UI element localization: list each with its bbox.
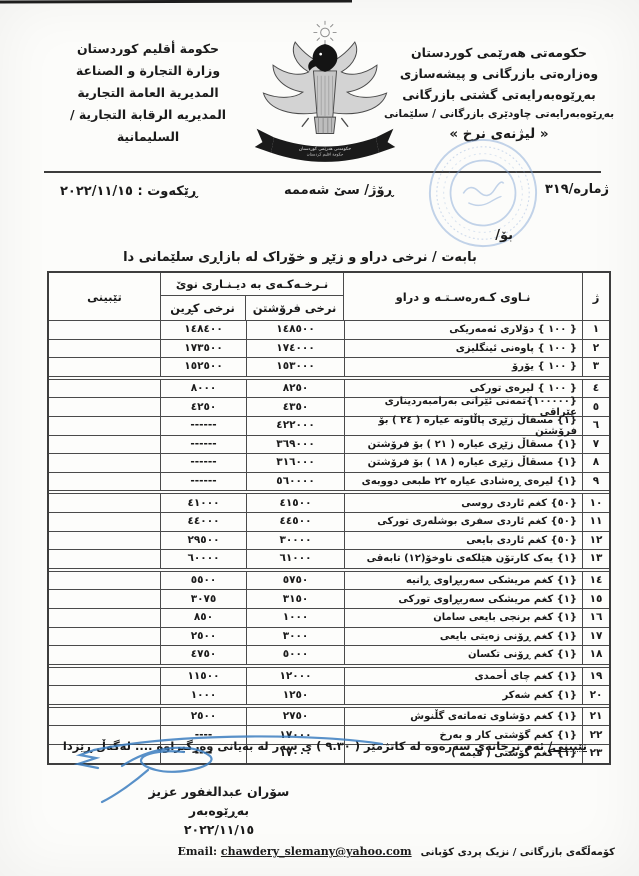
row-note: [49, 686, 161, 704]
table-row: ١٢ {٥٠} کغم ئاردی بایعی ٣٠٠٠٠ ٢٩٥٠٠: [49, 532, 609, 551]
item-name: {١} کغم ڕۆنی تکسان: [345, 646, 583, 664]
buy-price: ------: [161, 436, 247, 454]
header-kurdish-line1: حکومەتی هەرێمی کوردستان: [381, 42, 617, 63]
sell-price: ٨٢٥٠: [247, 380, 345, 398]
footer-address: کۆمەڵگەی بازرگانی / نزیک پردی کۆبانی: [421, 847, 615, 858]
row-number: ١٤: [583, 572, 609, 590]
table-header: ژ نـاوی کـەرەسـتـە و دراو نـرخـەکـەی بە …: [49, 273, 609, 321]
row-note: [49, 398, 161, 416]
table-row: ٢٠ {١} کغم شەکر ١٢٥٠ ١٠٠٠: [49, 686, 609, 705]
row-note: [49, 494, 161, 512]
item-name: {٥٠} کغم ئاردی سفری بوشلەری تورکی: [345, 513, 583, 531]
row-note: [49, 572, 161, 590]
footnote-label: تێبینی/: [548, 739, 587, 753]
emblem-ribbon-text-2: حكومة اقليم كردستان: [307, 152, 344, 157]
buy-price: ٢٩٥٠٠: [161, 532, 247, 550]
row-number: ٤: [583, 380, 609, 398]
row-number: ١٨: [583, 646, 609, 664]
sell-price: ٣٦٩٠٠٠: [247, 436, 345, 454]
row-note: [49, 454, 161, 472]
row-number: ٢: [583, 340, 609, 358]
table-row: ١٦ {١} کغم برنجی بایعی سامان ١٠٠٠ ٨٥٠: [49, 609, 609, 628]
document-day: ڕۆژ/ سێ شەممە: [284, 183, 393, 198]
footer: کۆمەڵگەی بازرگانی / نزیک پردی کۆبانی Ema…: [178, 845, 616, 858]
buy-price: ٤١٠٠٠: [161, 494, 247, 512]
row-note: [49, 646, 161, 664]
row-number: ١٣: [583, 550, 609, 568]
row-note: [49, 417, 161, 435]
sell-price: ٣٠٠٠: [247, 628, 345, 646]
row-number: ١: [583, 321, 609, 339]
sell-price: ٤١٥٠٠: [247, 494, 345, 512]
sell-price: ٤٢٢٠٠٠: [247, 417, 345, 435]
sell-price: ٣١٥٠: [247, 590, 345, 608]
row-note: [49, 358, 161, 376]
buy-price: ١٥٢٥٠٠: [161, 358, 247, 376]
signature-block: سۆران عبدالغفور عزیز بەڕێوەبەر ٢٠٢٢/١١/١…: [126, 782, 312, 839]
item-name: {١} کغم ڕۆنی زەیتی بایعی: [345, 628, 583, 646]
col-header-price-group: نـرخـەکـەی بە دیـنـاری نوێ نرخی فرۆشتن ن…: [161, 273, 344, 320]
row-number: ٩: [583, 473, 609, 491]
item-name: {١} مسقاڵ زێڕی عیارە ( ١٨ ) بۆ فرۆشتن: [345, 454, 583, 472]
table-row: ٢ { ١٠٠ } پاوەنی ئینگلیزی ١٧٤٠٠٠ ١٧٣٥٠٠: [49, 340, 609, 359]
row-note: [49, 609, 161, 627]
row-note: [49, 590, 161, 608]
item-name: {١} کغم مریشکی سەربڕاوی تورکی: [345, 590, 583, 608]
email-label: Email:: [178, 845, 218, 858]
row-number: ١١: [583, 513, 609, 531]
row-note: [49, 532, 161, 550]
document-date: ڕێکەوت : ٢٠٢٢/١١/١٥: [60, 184, 198, 199]
krg-eagle-emblem-icon: حكومەتی هەرێمی كوردستان حكومة اقليم كردس…: [252, 18, 398, 172]
item-name: {١} کغم چای أحمدی: [345, 668, 583, 686]
table-row: ١٩ {١} کغم چای أحمدی ١٢٠٠٠ ١١٥٠٠: [49, 667, 609, 687]
item-name: { ١٠٠ } دۆلاری ئەمەریکی: [345, 321, 583, 339]
row-number: ٢٠: [583, 686, 609, 704]
row-number: ٥: [583, 398, 609, 416]
buy-price: ٤٤٠٠٠: [161, 513, 247, 531]
col-header-sell-price: نرخی فرۆشتن: [246, 296, 343, 320]
sell-price: ١٥٣٠٠٠: [247, 358, 345, 376]
table-row: ١٠ {٥٠} کغم ئاردی روسی ٤١٥٠٠ ٤١٠٠٠: [49, 493, 609, 513]
item-name: { ١٠٠ } پاوەنی ئینگلیزی: [345, 340, 583, 358]
header-kurdish-line2: وەزارەتی بازرگانی و پیشەسازی: [381, 63, 617, 84]
item-name: { ١٠٠ } لیرەی تورکی: [345, 380, 583, 398]
sell-price: ٥٧٥٠: [247, 572, 345, 590]
buy-price: ٦٠٠٠٠: [161, 550, 247, 568]
footer-email: Email: chawdery_slemany@yahoo.com: [178, 845, 412, 858]
row-note: [49, 321, 161, 339]
sell-price: ٦١٠٠٠: [247, 550, 345, 568]
table-row: ٩ {١} لیرەی ڕەشادی عیارە ٢٢ طبعی دووبەی …: [49, 473, 609, 492]
sell-price: ٣٠٠٠٠: [247, 532, 345, 550]
row-number: ١٢: [583, 532, 609, 550]
item-name: {٥٠} کغم ئاردی روسی: [345, 494, 583, 512]
table-row: ١٥ {١} کغم مریشکی سەربڕاوی تورکی ٣١٥٠ ٣٠…: [49, 590, 609, 609]
buy-price: ١٤٨٤٠٠: [161, 321, 247, 339]
header-arabic-line1: حكومة أقليم كوردستان: [38, 38, 258, 60]
subject-line: بابەت / نرخی دراو و زێڕ و خۆراک لە بازاڕ…: [88, 250, 512, 265]
sell-price: ١٢٥٠: [247, 686, 345, 704]
sell-price: ٣١٦٠٠٠: [247, 454, 345, 472]
item-name: {١} یەک کارتۆن هێلکەی ناوخۆ(١٢) تابەقی: [345, 550, 583, 568]
header-arabic: حكومة أقليم كوردستان وزارة التجارة و الص…: [38, 38, 258, 148]
row-number: ٢١: [583, 708, 609, 726]
col-header-notes: تێبینی: [49, 273, 161, 320]
buy-price: ١١٥٠٠: [161, 668, 247, 686]
buy-price: ١٠٠٠: [161, 686, 247, 704]
price-table: ژ نـاوی کـەرەسـتـە و دراو نـرخـەکـەی بە …: [47, 271, 611, 765]
sun-icon: [313, 21, 336, 44]
buy-price: ٤٢٥٠: [161, 398, 247, 416]
sell-price: ٤٤٥٠٠: [247, 513, 345, 531]
buy-price: ------: [161, 473, 247, 491]
row-note: [49, 668, 161, 686]
to-label: بۆ/: [495, 228, 513, 243]
row-note: [49, 628, 161, 646]
table-row: ٨ {١} مسقاڵ زێڕی عیارە ( ١٨ ) بۆ فرۆشتن …: [49, 454, 609, 473]
signature-date: ٢٠٢٢/١١/١٥: [126, 820, 312, 839]
item-name: {١} لیرەی ڕەشادی عیارە ٢٢ طبعی دووبەی: [345, 473, 583, 491]
buy-price: ------: [161, 454, 247, 472]
official-stamp: [417, 127, 549, 259]
email-address: chawdery_slemany@yahoo.com: [221, 845, 412, 858]
header-kurdish: حکومەتی هەرێمی کوردستان وەزارەتی بازرگان…: [381, 42, 617, 145]
header-arabic-line4: المديريه الرقابة التجارية / السليمانية: [38, 104, 258, 148]
item-name: { ١٠٠ } یۆرۆ: [345, 358, 583, 376]
table-row: ٧ {١} مسقاڵ زێڕی عیارە ( ٢١ ) بۆ فرۆشتن …: [49, 436, 609, 455]
table-row: ١١ {٥٠} کغم ئاردی سفری بوشلەری تورکی ٤٤٥…: [49, 513, 609, 532]
row-number: ٣: [583, 358, 609, 376]
table-row: ١٧ {١} کغم ڕۆنی زەیتی بایعی ٣٠٠٠ ٢٥٠٠: [49, 628, 609, 647]
buy-price: ٤٧٥٠: [161, 646, 247, 664]
buy-price: ١٧٣٥٠٠: [161, 340, 247, 358]
document-number: ژمارە/٣١٩: [545, 182, 609, 197]
row-number: ١٥: [583, 590, 609, 608]
row-number: ٨: [583, 454, 609, 472]
row-number: ٧: [583, 436, 609, 454]
item-name: {١} مسقاڵ زێڕی عیارە ( ٢١ ) بۆ فرۆشتن: [345, 436, 583, 454]
sell-price: ٥٦٠٠٠٠: [247, 473, 345, 491]
header-arabic-line2: وزارة التجارة و الصناعة: [38, 60, 258, 82]
row-number: ١٩: [583, 668, 609, 686]
buy-price: ٨٥٠: [161, 609, 247, 627]
scanned-price-list-document: حكومة أقليم كوردستان وزارة التجارة و الص…: [0, 0, 639, 876]
sell-price: ١٧٤٠٠٠: [247, 340, 345, 358]
row-number: ١٧: [583, 628, 609, 646]
sell-price: ٤٣٥٠: [247, 398, 345, 416]
col-header-item-name: نـاوی کـەرەسـتـە و دراو: [344, 273, 583, 320]
row-number: ١٠: [583, 494, 609, 512]
row-number: ١٦: [583, 609, 609, 627]
sell-price: ٥٠٠٠: [247, 646, 345, 664]
row-note: [49, 473, 161, 491]
item-name: {١} کغم مریشکی سەربڕاوی ڕانیە: [345, 572, 583, 590]
buy-price: ------: [161, 417, 247, 435]
row-note: [49, 513, 161, 531]
table-body: ١ { ١٠٠ } دۆلاری ئەمەریکی ١٤٨٥٠٠ ١٤٨٤٠٠ …: [49, 321, 609, 763]
sell-price: ١٠٠٠: [247, 609, 345, 627]
scan-edge-artifact: [0, 0, 352, 3]
col-header-no: ژ: [583, 273, 609, 320]
sell-price: ١٢٠٠٠: [247, 668, 345, 686]
item-name: {١} کغم برنجی بایعی سامان: [345, 609, 583, 627]
table-row: ١٤ {١} کغم مریشکی سەربڕاوی ڕانیە ٥٧٥٠ ٥٥…: [49, 571, 609, 591]
price-group-title: نـرخـەکـەی بە دیـنـاری نوێ: [161, 273, 343, 296]
header-arabic-line3: المديرية العامة التجارية: [38, 82, 258, 104]
buy-price: ٣٠٧٥: [161, 590, 247, 608]
row-note: [49, 380, 161, 398]
item-name: {٥٠} کغم ئاردی بایعی: [345, 532, 583, 550]
col-header-buy-price: نرخی کڕین: [160, 296, 246, 320]
table-row: ١٣ {١} یەک کارتۆن هێلکەی ناوخۆ(١٢) تابەق…: [49, 550, 609, 569]
item-name: {١} کغم شەکر: [345, 686, 583, 704]
table-row: ١ { ١٠٠ } دۆلاری ئەمەریکی ١٤٨٥٠٠ ١٤٨٤٠٠: [49, 321, 609, 340]
row-note: [49, 550, 161, 568]
signatory-name: سۆران عبدالغفور عزیز: [126, 782, 312, 801]
table-row: ٣ { ١٠٠ } یۆرۆ ١٥٣٠٠٠ ١٥٢٥٠٠: [49, 358, 609, 377]
row-number: ٦: [583, 417, 609, 435]
header-kurdish-line4: بەڕێوەبەرایەتی چاودێری بازرگانی / سلێمان…: [381, 105, 617, 123]
sell-price: ١٤٨٥٠٠: [247, 321, 345, 339]
row-note: [49, 436, 161, 454]
buy-price: ٥٥٠٠: [161, 572, 247, 590]
header-kurdish-line3: بەڕێوەبەرایەتی گشتی بازرگانی: [381, 84, 617, 105]
row-note: [49, 340, 161, 358]
item-name: {١٠٠٠٠٠}تمەنی ئێرانی بەرامبەردیناری عێرا…: [345, 398, 583, 416]
buy-price: ٢٥٠٠: [161, 628, 247, 646]
item-name: {١} مسقاڵ زێڕی پاڵاوتە عیارە ( ٢٤ ) بۆ ف…: [345, 417, 583, 435]
table-row: ٦ {١} مسقاڵ زێڕی پاڵاوتە عیارە ( ٢٤ ) بۆ…: [49, 417, 609, 436]
table-row: ١٨ {١} کغم ڕۆنی تکسان ٥٠٠٠ ٤٧٥٠: [49, 646, 609, 665]
buy-price: ٨٠٠٠: [161, 380, 247, 398]
signatory-title: بەڕێوەبەر: [126, 801, 312, 820]
